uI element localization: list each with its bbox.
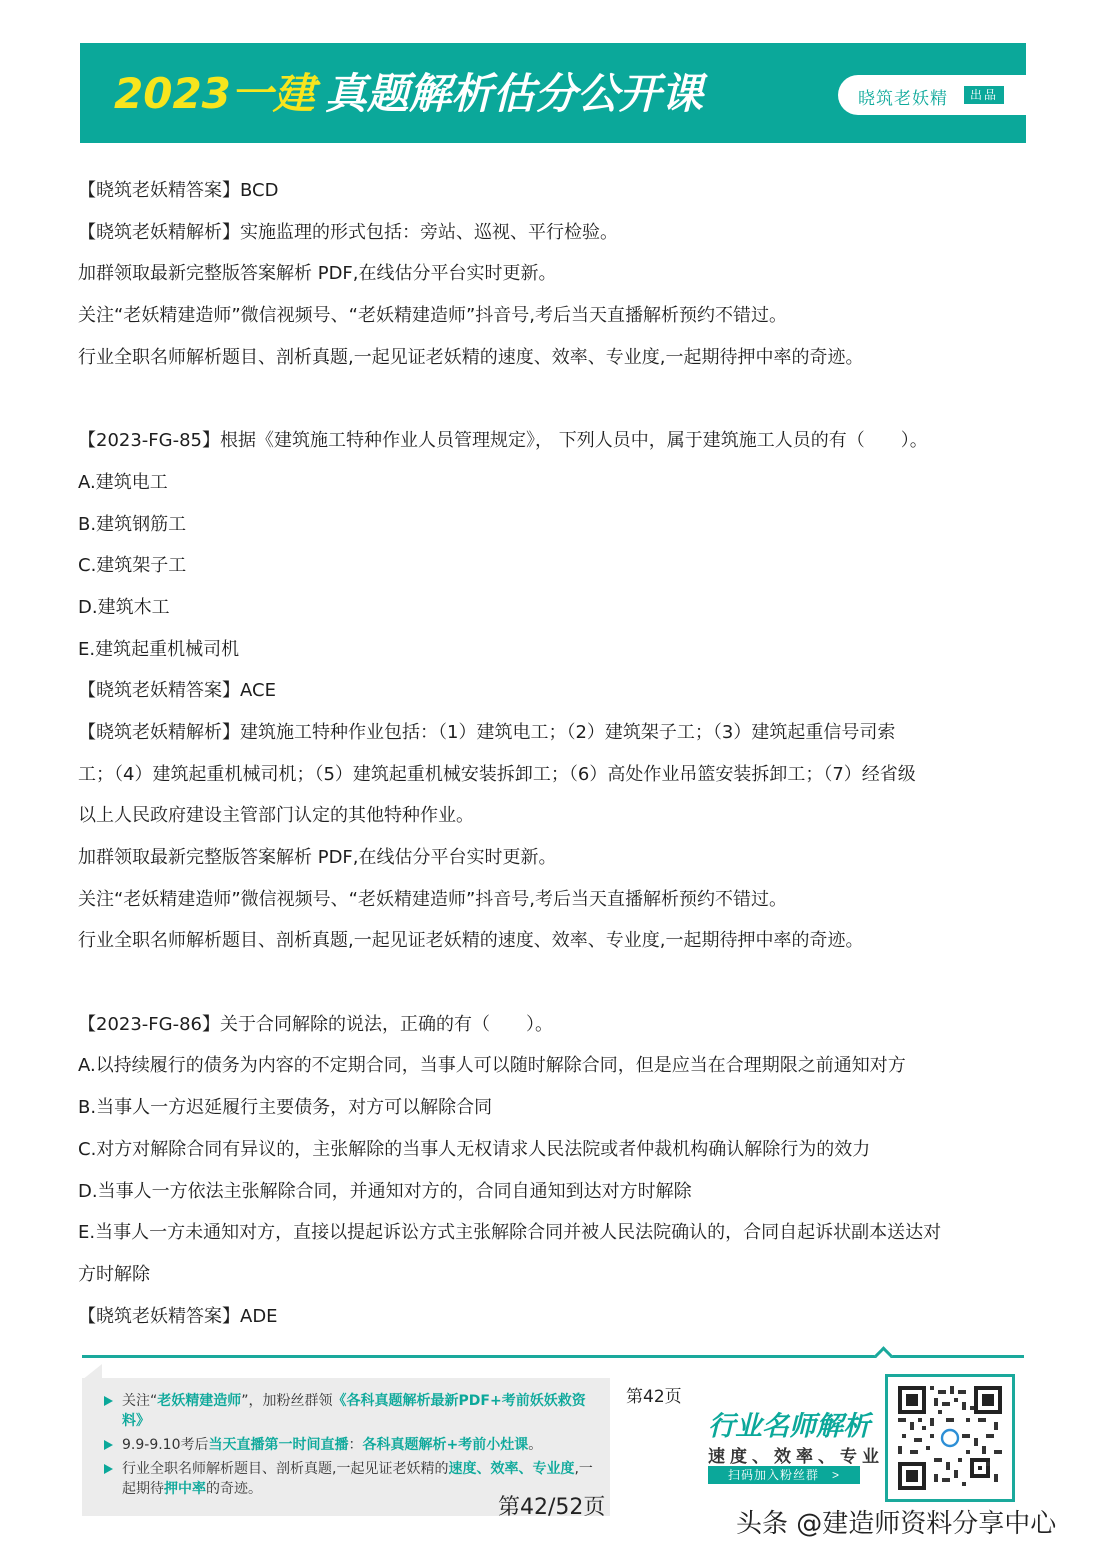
source-watermark: 头条 @建造师资料分享中心	[736, 1503, 1056, 1540]
banner-course-title: 真题解析估分公开课	[325, 69, 703, 118]
promo-title: 行业名师解析	[708, 1404, 870, 1443]
promo-line: 加群领取最新完整版答案解析 PDF,在线估分平台实时更新。	[78, 837, 1028, 879]
footer-text: ：	[349, 1437, 363, 1453]
brand-tag: 出品	[964, 86, 1004, 104]
header-banner: 2023一建真题解析估分公开课 晓筑老妖精 出品	[80, 43, 1026, 143]
promo-line: 关注“老妖精建造师”微信视频号、“老妖精建造师”抖音号,考后当天直播解析预约不错…	[78, 879, 1028, 921]
footer-text: ”，加粉丝群领	[241, 1393, 332, 1409]
footer-highlight: 当天直播第一时间直播	[209, 1437, 349, 1453]
footer-text: 关注“	[122, 1393, 157, 1409]
footer-text: 9.9-9.10考后	[122, 1437, 209, 1453]
footer-promo-item: 9.9-9.10考后当天直播第一时间直播：各科真题解析+考前小灶课。	[104, 1435, 594, 1455]
question-86-answer: 【晓筑老妖精答案】ADE	[78, 1296, 1028, 1338]
question-86-option: D.当事人一方依法主张解除合同，并通知对方的，合同自通知到达对方时解除	[78, 1171, 1028, 1213]
prev-answer: 【晓筑老妖精答案】BCD	[78, 170, 1028, 212]
footer-highlight: 速度、效率、专业度	[448, 1461, 574, 1477]
qr-code-icon	[898, 1386, 1002, 1490]
qr-code-frame[interactable]	[885, 1374, 1015, 1502]
promo-line: 加群领取最新完整版答案解析 PDF,在线估分平台实时更新。	[78, 253, 1028, 295]
footer-highlight: 老妖精建造师	[157, 1393, 241, 1409]
spacer	[78, 962, 1028, 1004]
footer-text: 行业全职名师解析题目、剖析真题,一起见证老妖精的	[122, 1461, 448, 1477]
question-86-option: B.当事人一方迟延履行主要债务，对方可以解除合同	[78, 1087, 1028, 1129]
footer-highlight: 押中率	[164, 1481, 206, 1497]
question-86-option-cont: 方时解除	[78, 1254, 1028, 1296]
promo-line: 行业全职名师解析题目、剖析真题,一起见证老妖精的速度、效率、专业度,一起期待押中…	[78, 920, 1028, 962]
banner-title: 2023一建真题解析估分公开课	[114, 69, 703, 119]
join-fan-group-button[interactable]: 扫码加入粉丝群 >	[708, 1466, 860, 1484]
footer-promo-list: 关注“老妖精建造师”，加粉丝群领《各科真题解析最新PDF+考前妖妖救资料》 9.…	[104, 1391, 594, 1503]
question-85-option: C.建筑架子工	[78, 545, 1028, 587]
question-86-option: A.以持续履行的债务为内容的不定期合同，当事人可以随时解除合同，但是应当在合理期…	[78, 1045, 1028, 1087]
promo-line: 行业全职名师解析题目、剖析真题,一起见证老妖精的速度、效率、专业度,一起期待押中…	[78, 337, 1028, 379]
triangle-bullet-icon	[104, 1440, 113, 1450]
footer-text: 的奇迹。	[206, 1481, 262, 1497]
question-85-analysis: 工；（4）建筑起重机械司机；（5）建筑起重机械安装拆卸工；（6）高处作业吊篮安装…	[78, 754, 1028, 796]
question-85-option: B.建筑钢筋工	[78, 504, 1028, 546]
brand-badge: 晓筑老妖精 出品	[838, 75, 1026, 115]
question-86-option: E.当事人一方未通知对方，直接以提起诉讼方式主张解除合同并被人民法院确认的，合同…	[78, 1212, 1028, 1254]
banner-year: 2023一建	[114, 69, 315, 118]
footer-highlight: 各科真题解析+考前小灶课	[363, 1437, 529, 1453]
footer-promo-item: 关注“老妖精建造师”，加粉丝群领《各科真题解析最新PDF+考前妖妖救资料》	[104, 1391, 594, 1431]
page-counter: 第42/52页	[498, 1490, 605, 1521]
document-body: 【晓筑老妖精答案】BCD 【晓筑老妖精解析】实施监理的形式包括：旁站、巡视、平行…	[78, 170, 1028, 1337]
question-86-stem: 【2023-FG-86】关于合同解除的说法，正确的有（ ）。	[78, 1004, 1028, 1046]
question-85-analysis: 以上人民政府建设主管部门认定的其他特种作业。	[78, 795, 1028, 837]
footer-divider-notch	[874, 1346, 892, 1364]
spacer	[78, 378, 1028, 420]
question-86-option: C.对方对解除合同有异议的，主张解除的当事人无权请求人民法院或者仲裁机构确认解除…	[78, 1129, 1028, 1171]
page-number-label: 第42页	[626, 1382, 682, 1407]
triangle-bullet-icon	[104, 1464, 113, 1474]
question-85-analysis: 【晓筑老妖精解析】建筑施工特种作业包括：（1）建筑电工；（2）建筑架子工；（3）…	[78, 712, 1028, 754]
question-85-answer: 【晓筑老妖精答案】ACE	[78, 670, 1028, 712]
question-85-option: E.建筑起重机械司机	[78, 629, 1028, 671]
prev-analysis: 【晓筑老妖精解析】实施监理的形式包括：旁站、巡视、平行检验。	[78, 212, 1028, 254]
triangle-bullet-icon	[104, 1396, 113, 1406]
question-85-stem: 【2023-FG-85】根据《建筑施工特种作业人员管理规定》， 下列人员中，属于…	[78, 420, 1028, 462]
promo-line: 关注“老妖精建造师”微信视频号、“老妖精建造师”抖音号,考后当天直播解析预约不错…	[78, 295, 1028, 337]
footer-text: 。	[528, 1437, 542, 1453]
brand-name: 晓筑老妖精	[858, 84, 948, 109]
promo-subtitle: 速度、效率、专业	[708, 1442, 884, 1467]
question-85-option: A.建筑电工	[78, 462, 1028, 504]
question-85-option: D.建筑木工	[78, 587, 1028, 629]
